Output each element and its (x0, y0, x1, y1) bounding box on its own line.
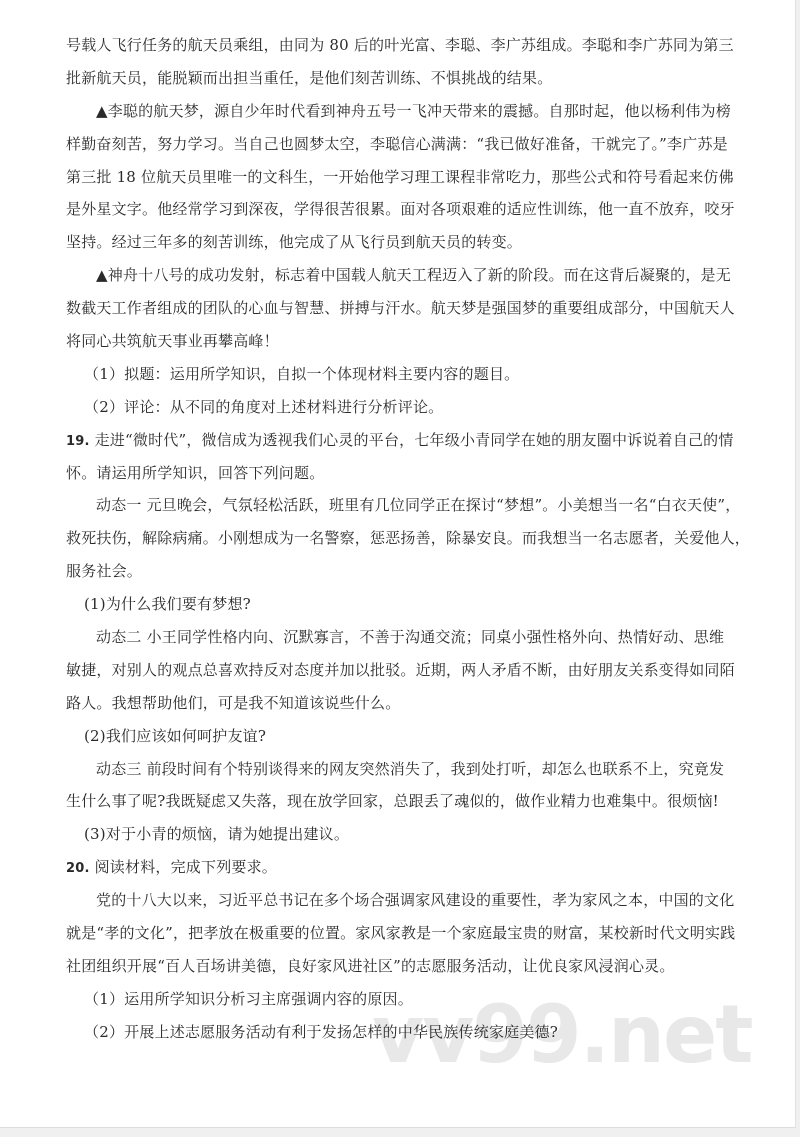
question-number: 19. (66, 434, 90, 449)
text-line: 批新航天员，能脱颖而出担当重任，是他们刻苦训练、不惧挑战的结果。 (66, 62, 722, 95)
text-line: 是外星文字。他经常学习到深夜，学得很苦很累。面对各项艰难的适应性训练，他一直不放… (66, 193, 722, 226)
text-line: 将同心共筑航天事业再攀高峰！ (66, 325, 722, 358)
sub-question: （1）拟题：运用所学知识，自拟一个体现材料主要内容的题目。 (66, 358, 722, 391)
text-line: 坚持。经过三年多的刻苦训练，他完成了从飞行员到航天员的转变。 (66, 226, 722, 259)
text-line: 就是“孝的文化”，把孝放在极重要的位置。家风家教是一个家庭最宝贵的财富，某校新时… (66, 917, 722, 950)
sub-question: （2）评论：从不同的角度对上述材料进行分析评论。 (66, 391, 722, 424)
sub-question: (1)为什么我们要有梦想? (66, 588, 722, 621)
document-content: 号载人飞行任务的航天员乘组，由同为 80 后的叶光富、李聪、李广苏组成。李聪和李… (66, 29, 722, 1049)
text-line: ▲神舟十八号的成功发射，标志着中国载人航天工程迈入了新的阶段。而在这背后凝聚的，… (66, 259, 722, 292)
text-line: 服务社会。 (66, 555, 722, 588)
sub-question: (3)对于小青的烦恼，请为她提出建议。 (66, 818, 722, 851)
question-text: 走进“微时代”，微信成为透视我们心灵的平台，七年级小青同学在她的朋友圈中诉说着自… (95, 431, 734, 449)
text-line: 数截天工作者组成的团队的心血与智慧、拼搏与汗水。航天梦是强国梦的重要组成部分，中… (66, 292, 722, 325)
document-page: vv99.net 号载人飞行任务的航天员乘组，由同为 80 后的叶光富、李聪、李… (0, 0, 796, 1128)
question-19: 19. 走进“微时代”，微信成为透视我们心灵的平台，七年级小青同学在她的朋友圈中… (66, 424, 722, 457)
text-line: 动态一 元旦晚会，气氛轻松活跃，班里有几位同学正在探讨“梦想”。小美想当一名“白… (66, 489, 722, 522)
text-line: 号载人飞行任务的航天员乘组，由同为 80 后的叶光富、李聪、李广苏组成。李聪和李… (66, 29, 722, 62)
text-line: 动态二 小王同学性格内向、沉默寡言，不善于沟通交流；同桌小强性格外向、热情好动、… (66, 621, 722, 654)
text-line: 样勤奋刻苦，努力学习。当自己也圆梦太空，李聪信心满满：“我已做好准备，干就完了。… (66, 128, 722, 161)
text-line: 动态三 前段时间有个特别谈得来的网友突然消失了，我到处打听，却怎么也联系不上，究… (66, 753, 722, 786)
text-line: ▲李聪的航天梦，源自少年时代看到神舟五号一飞冲天带来的震撼。自那时起，他以杨利伟… (66, 95, 722, 128)
text-line: 路人。我想帮助他们，可是我不知道该说些什么。 (66, 687, 722, 720)
text-line: 怀。请运用所学知识，回答下列问题。 (66, 457, 722, 490)
question-number: 20. (66, 861, 90, 876)
text-line: 第三批 18 位航天员里唯一的文科生，一开始他学习理工课程非常吃力，那些公式和符… (66, 161, 722, 194)
sub-question: （1）运用所学知识分析习主席强调内容的原因。 (66, 983, 722, 1016)
sub-question: （2）开展上述志愿服务活动有利于发扬怎样的中华民族传统家庭美德? (66, 1016, 722, 1049)
text-line: 社团组织开展“百人百场讲美德，良好家风进社区”的志愿服务活动，让优良家风浸润心灵… (66, 950, 722, 983)
text-line: 敏捷，对别人的观点总喜欢持反对态度并加以批驳。近期，两人矛盾不断，由好朋友关系变… (66, 654, 722, 687)
question-20: 20. 阅读材料，完成下列要求。 (66, 851, 722, 884)
sub-question: (2)我们应该如何呵护友谊? (66, 720, 722, 753)
text-line: 救死扶伤，解除病痛。小刚想成为一名警察，惩恶扬善，除暴安良。而我想当一名志愿者，… (66, 522, 722, 555)
question-text: 阅读材料，完成下列要求。 (95, 858, 277, 876)
text-line: 党的十八大以来，习近平总书记在多个场合强调家风建设的重要性，孝为家风之本，中国的… (66, 884, 722, 917)
text-line: 生什么事了呢?我既疑虑又失落，现在放学回家，总跟丢了魂似的，做作业精力也难集中。… (66, 785, 722, 818)
